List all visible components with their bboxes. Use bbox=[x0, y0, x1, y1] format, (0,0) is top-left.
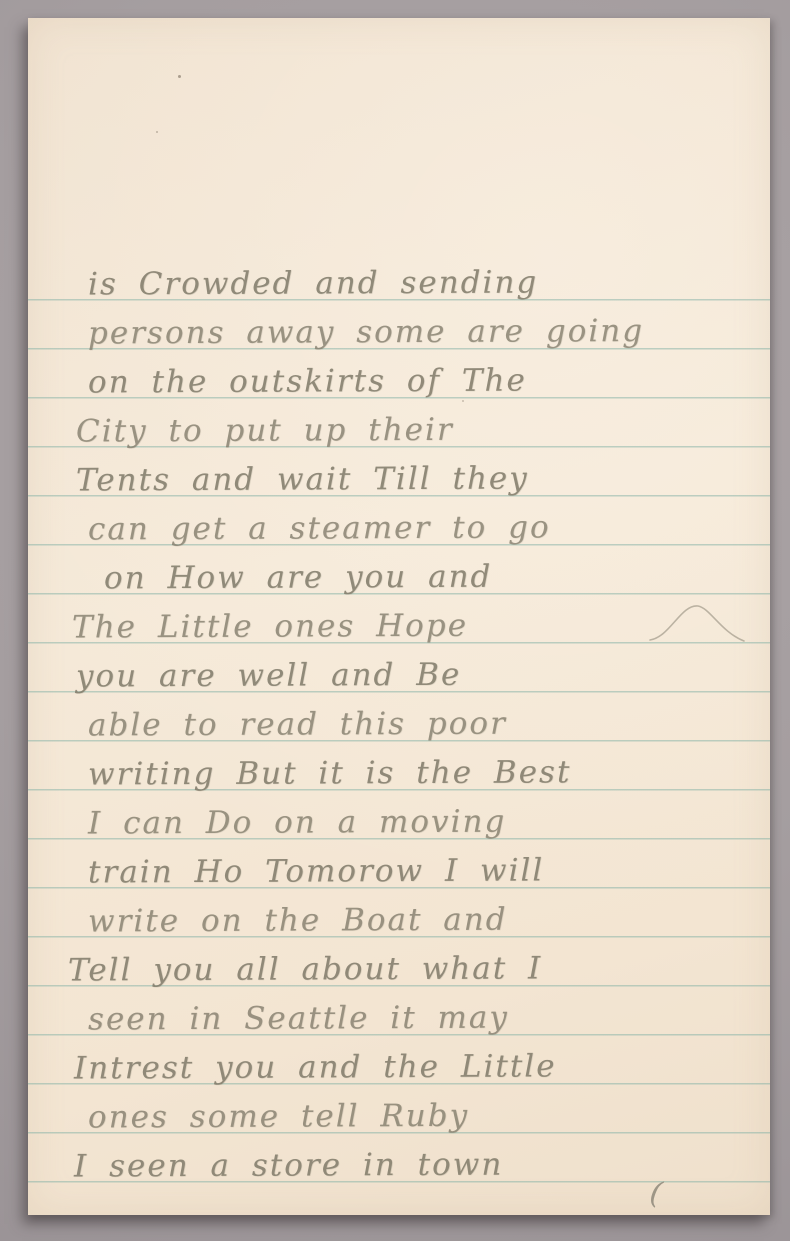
handwritten-line: I can Do on a moving bbox=[88, 797, 760, 849]
handwritten-line: writing But it is the Best bbox=[88, 748, 760, 800]
handwritten-line: ones some tell Ruby bbox=[88, 1091, 760, 1143]
handwritten-line: Tents and wait Till they bbox=[76, 454, 760, 506]
handwritten-line: train Ho Tomorow I will bbox=[88, 846, 760, 898]
handwritten-line: Intrest you and the Little bbox=[74, 1042, 760, 1094]
handwritten-line: seen in Seattle it may bbox=[88, 993, 760, 1045]
handwritten-line: on the outskirts of The bbox=[88, 356, 760, 408]
paper-speck bbox=[178, 75, 181, 78]
handwritten-line: Tell you all about what I bbox=[68, 943, 760, 995]
pencil-flourish-stroke bbox=[648, 596, 748, 648]
handwritten-line: able to read this poor bbox=[88, 699, 760, 751]
handwritten-text-block: is Crowded and sending persons away some… bbox=[88, 259, 760, 1190]
handwritten-line: City to put up their bbox=[76, 405, 760, 457]
letter-page: is Crowded and sending persons away some… bbox=[28, 18, 770, 1215]
handwritten-line: you are well and Be bbox=[76, 650, 760, 702]
handwritten-line: persons away some are going bbox=[88, 307, 760, 359]
paper-speck bbox=[156, 131, 158, 133]
handwritten-line: can get a steamer to go bbox=[88, 503, 760, 555]
photo-backdrop: is Crowded and sending persons away some… bbox=[0, 0, 790, 1241]
handwritten-line: write on the Boat and bbox=[88, 895, 760, 947]
handwritten-line: is Crowded and sending bbox=[88, 258, 760, 310]
